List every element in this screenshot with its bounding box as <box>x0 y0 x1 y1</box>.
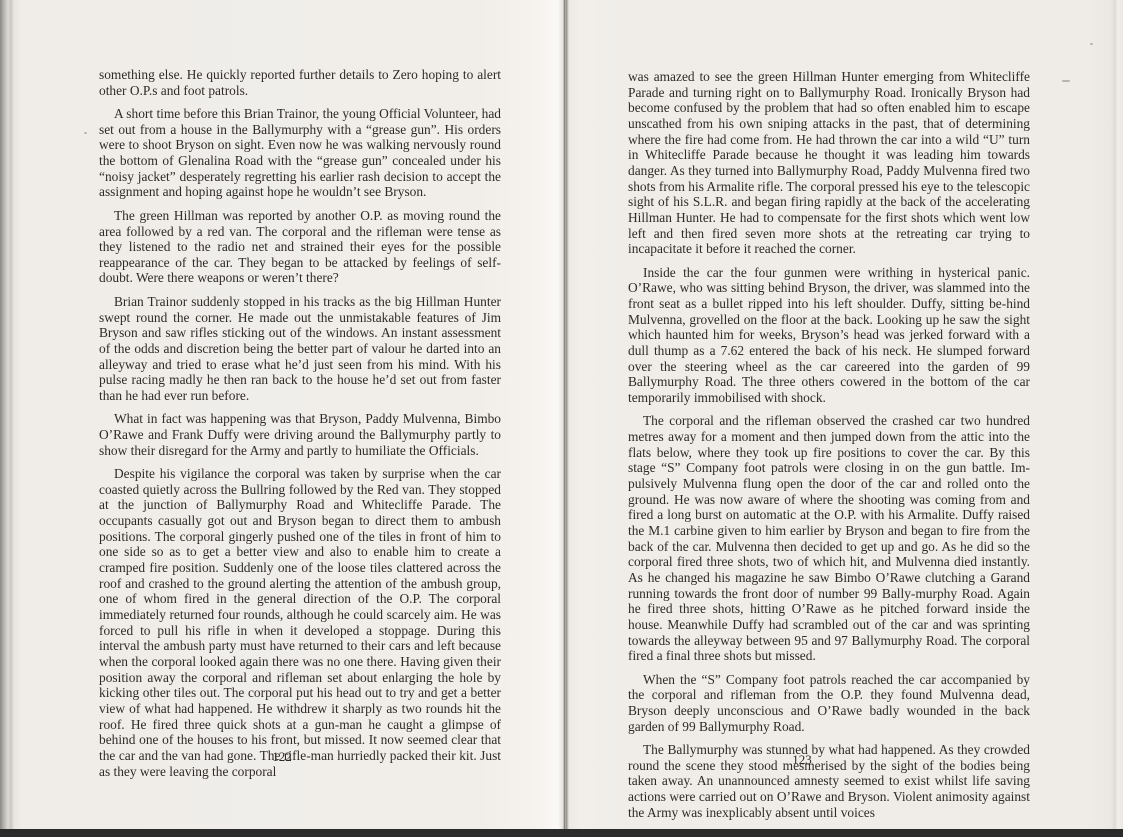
paragraph: When the “S” Company foot patrols reache… <box>628 672 1030 735</box>
paragraph: The green Hillman was reported by anothe… <box>99 208 501 286</box>
page-number-left: 122 <box>252 749 312 765</box>
paper-speck <box>1090 43 1093 45</box>
paragraph: Brian Trainor suddenly stopped in his tr… <box>99 294 501 404</box>
paper-speck <box>84 132 87 134</box>
right-page-text-column: was amazed to see the green Hillman Hunt… <box>628 69 1030 828</box>
paragraph: something else. He quickly reported furt… <box>99 67 501 98</box>
left-page: something else. He quickly reported furt… <box>0 0 566 829</box>
right-page: was amazed to see the green Hillman Hunt… <box>566 0 1123 829</box>
scan-bottom-edge <box>0 829 1123 837</box>
left-page-text-column: something else. He quickly reported furt… <box>99 67 501 787</box>
paper-speck <box>1062 80 1070 82</box>
paragraph: A short time before this Brian Trainor, … <box>99 106 501 200</box>
paragraph: What in fact was happening was that Brys… <box>99 411 501 458</box>
paragraph: was amazed to see the green Hillman Hunt… <box>628 69 1030 257</box>
paragraph: The corporal and the rifleman observed t… <box>628 413 1030 664</box>
paragraph: Despite his vigilance the corporal was t… <box>99 466 501 779</box>
paragraph: Inside the car the four gunmen were writ… <box>628 265 1030 406</box>
open-book-spread: something else. He quickly reported furt… <box>0 0 1123 829</box>
page-number-right: 123 <box>772 752 832 768</box>
